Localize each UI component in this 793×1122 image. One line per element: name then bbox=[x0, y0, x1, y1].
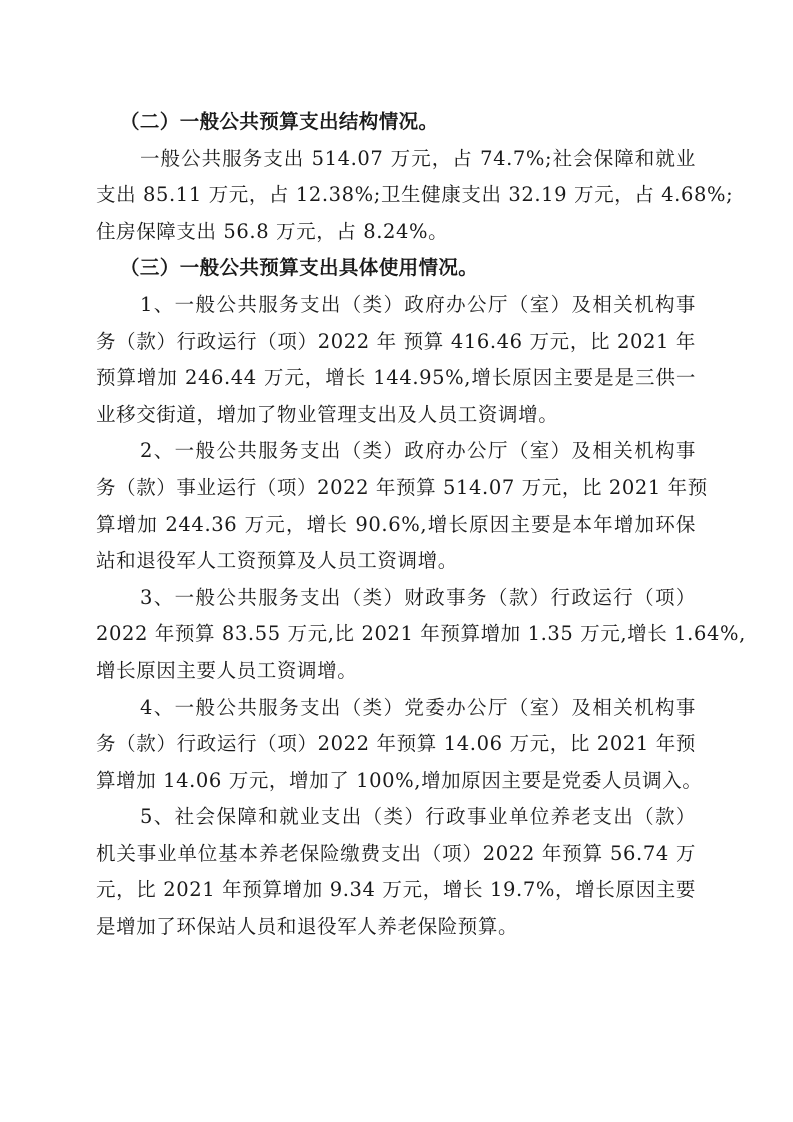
paragraph-line: 务（款）行政运行（项）2022 年预算 14.06 万元，比 2021 年预 bbox=[96, 726, 696, 763]
paragraph-line: 算增加 244.36 万元，增长 90.6%,增长原因主要是本年增加环保 bbox=[96, 507, 696, 544]
paragraph-line: 算增加 14.06 万元，增加了 100%,增加原因主要是党委人员调入。 bbox=[96, 763, 696, 800]
paragraph-line: 2022 年预算 83.55 万元,比 2021 年预算增加 1.35 万元,增… bbox=[96, 616, 696, 653]
item-4-paragraph: 4、一般公共服务支出（类）党委办公厅（室）及相关机构事 务（款）行政运行（项）2… bbox=[96, 690, 696, 800]
paragraph-line: 支出 85.11 万元，占 12.38%;卫生健康支出 32.19 万元，占 4… bbox=[96, 177, 696, 214]
section-2-paragraph: 一般公共服务支出 514.07 万元，占 74.7%;社会保障和就业 支出 85… bbox=[96, 141, 696, 251]
paragraph-line: 务（款）行政运行（项）2022 年 预算 416.46 万元，比 2021 年 bbox=[96, 324, 696, 361]
paragraph-line: 5、社会保障和就业支出（类）行政事业单位养老支出（款） bbox=[96, 799, 696, 836]
paragraph-line: 预算增加 246.44 万元，增长 144.95%,增长原因主要是是三供一 bbox=[96, 360, 696, 397]
paragraph-line: 增长原因主要人员工资调增。 bbox=[96, 653, 696, 690]
section-3-heading: （三）一般公共预算支出具体使用情况。 bbox=[96, 250, 696, 287]
paragraph-line: 3、一般公共服务支出（类）财政事务（款）行政运行（项） bbox=[96, 580, 696, 617]
paragraph-line: 机关事业单位基本养老保险缴费支出（项）2022 年预算 56.74 万 bbox=[96, 836, 696, 873]
paragraph-line: 元，比 2021 年预算增加 9.34 万元，增长 19.7%，增长原因主要 bbox=[96, 872, 696, 909]
paragraph-line: 务（款）事业运行（项）2022 年预算 514.07 万元，比 2021 年预 bbox=[96, 470, 696, 507]
paragraph-line: 住房保障支出 56.8 万元，占 8.24%。 bbox=[96, 214, 696, 251]
paragraph-line: 业移交街道，增加了物业管理支出及人员工资调增。 bbox=[96, 397, 696, 434]
item-1-paragraph: 1、一般公共服务支出（类）政府办公厅（室）及相关机构事 务（款）行政运行（项）2… bbox=[96, 287, 696, 433]
paragraph-line: 2、一般公共服务支出（类）政府办公厅（室）及相关机构事 bbox=[96, 433, 696, 470]
document-page: （二）一般公共预算支出结构情况。 一般公共服务支出 514.07 万元，占 74… bbox=[96, 104, 696, 946]
item-2-paragraph: 2、一般公共服务支出（类）政府办公厅（室）及相关机构事 务（款）事业运行（项）2… bbox=[96, 433, 696, 579]
paragraph-line: 1、一般公共服务支出（类）政府办公厅（室）及相关机构事 bbox=[96, 287, 696, 324]
section-2-heading: （二）一般公共预算支出结构情况。 bbox=[96, 104, 696, 141]
paragraph-line: 4、一般公共服务支出（类）党委办公厅（室）及相关机构事 bbox=[96, 690, 696, 727]
paragraph-line: 站和退役军人工资预算及人员工资调增。 bbox=[96, 543, 696, 580]
paragraph-line: 是增加了环保站人员和退役军人养老保险预算。 bbox=[96, 909, 696, 946]
item-5-paragraph: 5、社会保障和就业支出（类）行政事业单位养老支出（款） 机关事业单位基本养老保险… bbox=[96, 799, 696, 945]
paragraph-line: 一般公共服务支出 514.07 万元，占 74.7%;社会保障和就业 bbox=[96, 141, 696, 178]
item-3-paragraph: 3、一般公共服务支出（类）财政事务（款）行政运行（项） 2022 年预算 83.… bbox=[96, 580, 696, 690]
